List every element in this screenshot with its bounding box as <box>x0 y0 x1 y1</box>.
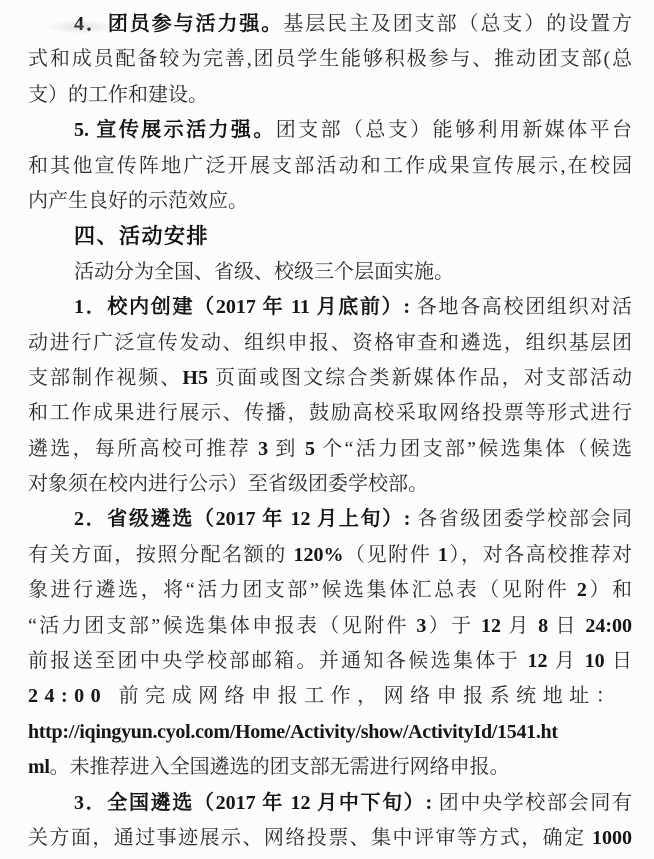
text-run: 24:00 <box>585 615 632 637</box>
text-line: “活力团支部”候选集体申报表（见附件 3）于 12 月 8 日 24:00 <box>28 609 632 644</box>
text-line: 和工作成果进行展示、传播，鼓励高校采取网络投票等形式进行 <box>28 396 632 431</box>
text-line: http://iqingyun.cyol.com/Home/Activity/s… <box>28 715 632 750</box>
text-run: 24:00 <box>28 685 119 707</box>
text-run: 内产生良好的示范效应。 <box>28 190 248 212</box>
url-text: http://iqingyun.cyol.com/Home/Activity/s… <box>28 721 558 743</box>
text-run: 3 <box>258 438 268 460</box>
text-line: 1．校内创建（2017 年 11 月底前）: 各地各高校团组织对活 <box>28 290 632 325</box>
text-line: 动进行广泛宣传发动、组织申报、资格审查和遴选，组织基层团 <box>28 326 632 361</box>
text-run: 团支部（总支）能够利用新媒体平台 <box>276 119 632 141</box>
text-run: 页面或图文综合类新媒体作品，对支部活动 <box>215 367 632 389</box>
text-run: 8 <box>538 615 548 637</box>
text-run: 支）的工作和建设。 <box>28 84 208 106</box>
text-line: 活动分为全国、省级、校级三个层面实施。 <box>28 255 632 290</box>
text-run: 有关方面，按照分配名额的 <box>28 544 293 566</box>
text-line: 和其他宣传阵地广泛开展支部活动和工作成果宣传展示,在校园 <box>28 149 632 184</box>
text-run: 各地各高校团组织对活 <box>417 296 632 318</box>
text-line: 3．全国遴选（2017 年 12 月中下旬）: 团中央学校部会同有 <box>28 786 632 821</box>
text-line: 对象须在校内进行公示）至省级团委学校部。 <box>28 467 632 502</box>
text-run: H5 <box>182 367 215 389</box>
text-run: 10 <box>585 650 605 672</box>
text-run: （见附件 <box>343 544 437 566</box>
text-run: ）和 <box>587 579 632 601</box>
text-run: “活力团支部”候选集体申报表（见附件 <box>28 615 416 637</box>
text-run: 遴选，每所高校可推荐 <box>28 438 258 460</box>
text-run: 。未推荐进入全国遴选的团支部无需进行网络申报。 <box>50 756 510 778</box>
text-run: 前报送至团中央学校部邮箱。并通知各候选集体于 <box>28 650 528 672</box>
text-run: 120% <box>293 544 343 566</box>
text-run: 对象须在校内进行公示）至省级团委学校部。 <box>28 473 428 495</box>
text-run: 4．团员参与活力强。 <box>74 13 283 35</box>
text-run: 动进行广泛宣传发动、组织申报、资格审查和遴选，组织基层团 <box>28 332 632 354</box>
text-line: 5. 宣传展示活力强。团支部（总支）能够利用新媒体平台 <box>28 113 632 148</box>
url-text: ml <box>28 756 50 778</box>
document-page: 4．团员参与活力强。基层民主及团支部（总支）的设置方式和成员配备较为完善,团员学… <box>0 0 654 859</box>
text-run: 式和成员配备较为完善,团员学生能够积极参与、推动团支部(总 <box>28 48 632 70</box>
text-line: 2．省级遴选（2017 年 12 月上旬）: 各省级团委学校部会同 <box>28 502 632 537</box>
text-line: 前报送至团中央学校部邮箱。并通知各候选集体于 12 月 10 日 <box>28 644 632 679</box>
text-run: 到 <box>268 438 305 460</box>
text-run: 日 <box>548 615 585 637</box>
text-run: ），对各高校推荐对 <box>448 544 632 566</box>
text-run: 2．省级遴选（2017 年 12 月上旬）: <box>74 508 417 530</box>
text-run: 2 <box>577 579 587 601</box>
text-run: 月 <box>548 650 585 672</box>
text-run: 和工作成果进行展示、传播，鼓励高校采取网络投票等形式进行 <box>28 402 632 424</box>
text-run: 四、活动安排 <box>74 224 209 248</box>
text-line: 内产生良好的示范效应。 <box>28 184 632 219</box>
text-run: 支部制作视频、 <box>28 367 182 389</box>
text-run: 1 <box>438 544 448 566</box>
text-run: 象进行遴选，将“活力团支部”候选集体汇总表（见附件 <box>28 579 577 601</box>
text-run: 5 <box>305 438 315 460</box>
text-run: 基层民主及团支部（总支）的设置方 <box>283 13 632 35</box>
text-line: ml。未推荐进入全国遴选的团支部无需进行网络申报。 <box>28 750 632 785</box>
text-line: 关方面，通过事迹展示、网络投票、集中评审等方式，确定 1000 <box>28 821 632 856</box>
text-run: 1000 <box>592 827 632 849</box>
text-run: 3 <box>416 615 426 637</box>
text-line: 象进行遴选，将“活力团支部”候选集体汇总表（见附件 2）和 <box>28 573 632 608</box>
text-run: 各省级团委学校部会同 <box>417 508 632 530</box>
text-run: 团中央学校部会同有 <box>439 792 632 814</box>
text-run: ）于 <box>426 615 481 637</box>
text-run: 日 <box>605 650 632 672</box>
text-run: 活动分为全国、省级、校级三个层面实施。 <box>74 261 454 283</box>
text-run: 关方面，通过事迹展示、网络投票、集中评审等方式，确定 <box>28 827 592 849</box>
text-run: 月 <box>501 615 538 637</box>
text-line: 有关方面，按照分配名额的 120%（见附件 1），对各高校推荐对 <box>28 538 632 573</box>
text-run: 3．全国遴选（2017 年 12 月中下旬）: <box>74 792 439 814</box>
text-run: 12 <box>481 615 501 637</box>
text-run: 12 <box>528 650 548 672</box>
text-run: 5. 宣传展示活力强。 <box>74 119 276 141</box>
document-body: 4．团员参与活力强。基层民主及团支部（总支）的设置方式和成员配备较为完善,团员学… <box>28 7 632 856</box>
text-line: 支）的工作和建设。 <box>28 78 632 113</box>
text-line: 4．团员参与活力强。基层民主及团支部（总支）的设置方 <box>28 7 632 42</box>
text-run: 个“活力团支部”候选集体（候选 <box>315 438 632 460</box>
text-line: 24:00 前完成网络申报工作，网络申报系统地址： <box>28 679 632 714</box>
text-line: 遴选，每所高校可推荐 3 到 5 个“活力团支部”候选集体（候选 <box>28 432 632 467</box>
text-line: 支部制作视频、H5 页面或图文综合类新媒体作品，对支部活动 <box>28 361 632 396</box>
text-run: 前完成网络申报工作，网络申报系统地址： <box>119 685 623 707</box>
text-run: 1．校内创建（2017 年 11 月底前）: <box>74 296 417 318</box>
text-line: 式和成员配备较为完善,团员学生能够积极参与、推动团支部(总 <box>28 42 632 77</box>
section-heading: 四、活动安排 <box>28 219 632 254</box>
text-run: 和其他宣传阵地广泛开展支部活动和工作成果宣传展示,在校园 <box>28 155 632 177</box>
